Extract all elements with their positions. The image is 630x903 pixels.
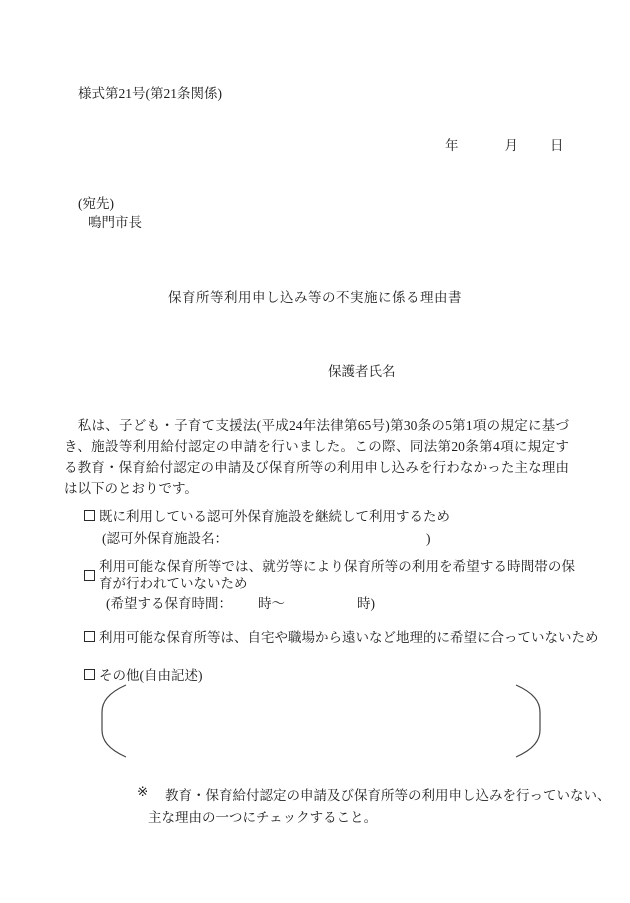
body-paragraph: 私は、子ども・子育て支援法(平成24年法律第65号)第30条の5第1項の規定に基…: [64, 415, 569, 499]
left-parenthesis-bracket: [94, 683, 132, 759]
free-text-input-area[interactable]: [130, 686, 508, 754]
date-day-label: 日: [550, 134, 564, 154]
date-line: 年 月 日: [405, 134, 564, 154]
footnote-line2: 主な理由の一つにチェックすること。: [148, 806, 377, 826]
reason-1-label: 既に利用している認可外保育施設を継続して利用するため: [99, 505, 450, 525]
checkbox-reason-1[interactable]: [84, 510, 95, 521]
care-time-to-input[interactable]: [285, 594, 357, 608]
date-year-label: 年: [445, 134, 459, 154]
facility-name-prefix: (認可外保育施設名：: [102, 527, 228, 547]
reason-2-detail: (希望する保育時間： 時～ 時): [106, 592, 375, 612]
form-page: 様式第21号(第21条関係) 年 月 日 (宛先) 鳴門市長 保育所等利用申し込…: [0, 0, 630, 903]
checkbox-reason-2[interactable]: [84, 570, 95, 581]
care-time-suffix: 時): [357, 592, 375, 612]
checkbox-reason-3[interactable]: [84, 631, 95, 642]
page-title: 保育所等利用申し込み等の不実施に係る理由書: [0, 286, 630, 306]
date-day-input[interactable]: [518, 136, 550, 150]
addressee-label: (宛先): [78, 192, 114, 212]
facility-name-input[interactable]: [228, 529, 426, 543]
form-number: 様式第21号(第21条関係): [78, 82, 222, 102]
reason-1-detail: (認可外保育施設名： ): [102, 527, 431, 547]
care-time-prefix: (希望する保育時間：: [106, 592, 232, 612]
care-time-mid: 時～: [258, 592, 285, 612]
date-year-input[interactable]: [405, 136, 445, 150]
guardian-name-input[interactable]: [396, 362, 566, 376]
addressee-name: 鳴門市長: [88, 211, 142, 231]
footnote-marker: ※: [137, 784, 148, 800]
reason-4-label: その他(自由記述): [99, 664, 203, 684]
checkbox-reason-4[interactable]: [84, 669, 95, 680]
reason-3-label: 利用可能な保育所等は、自宅や職場から遠いなど地理的に希望に合っていないため: [99, 626, 599, 646]
guardian-name-row: 保護者氏名: [328, 360, 566, 380]
reason-item-3: 利用可能な保育所等は、自宅や職場から遠いなど地理的に希望に合っていないため: [84, 626, 599, 646]
reason-2-label: 利用可能な保育所等では、就労等により保育所等の利用を希望する時間帯の保育が行われ…: [99, 558, 575, 592]
reason-item-2: 利用可能な保育所等では、就労等により保育所等の利用を希望する時間帯の保育が行われ…: [84, 558, 575, 592]
facility-name-suffix: ): [426, 531, 431, 547]
guardian-name-label: 保護者氏名: [328, 360, 396, 380]
right-parenthesis-bracket: [510, 683, 548, 759]
reason-item-1: 既に利用している認可外保育施設を継続して利用するため: [84, 505, 450, 525]
care-time-from-input[interactable]: [232, 594, 258, 608]
date-month-label: 月: [505, 134, 519, 154]
reason-item-4: その他(自由記述): [84, 664, 203, 684]
date-month-input[interactable]: [459, 136, 505, 150]
footnote-line1: 教育・保育給付認定の申請及び保育所等の利用申し込みを行っていない、: [165, 784, 611, 804]
